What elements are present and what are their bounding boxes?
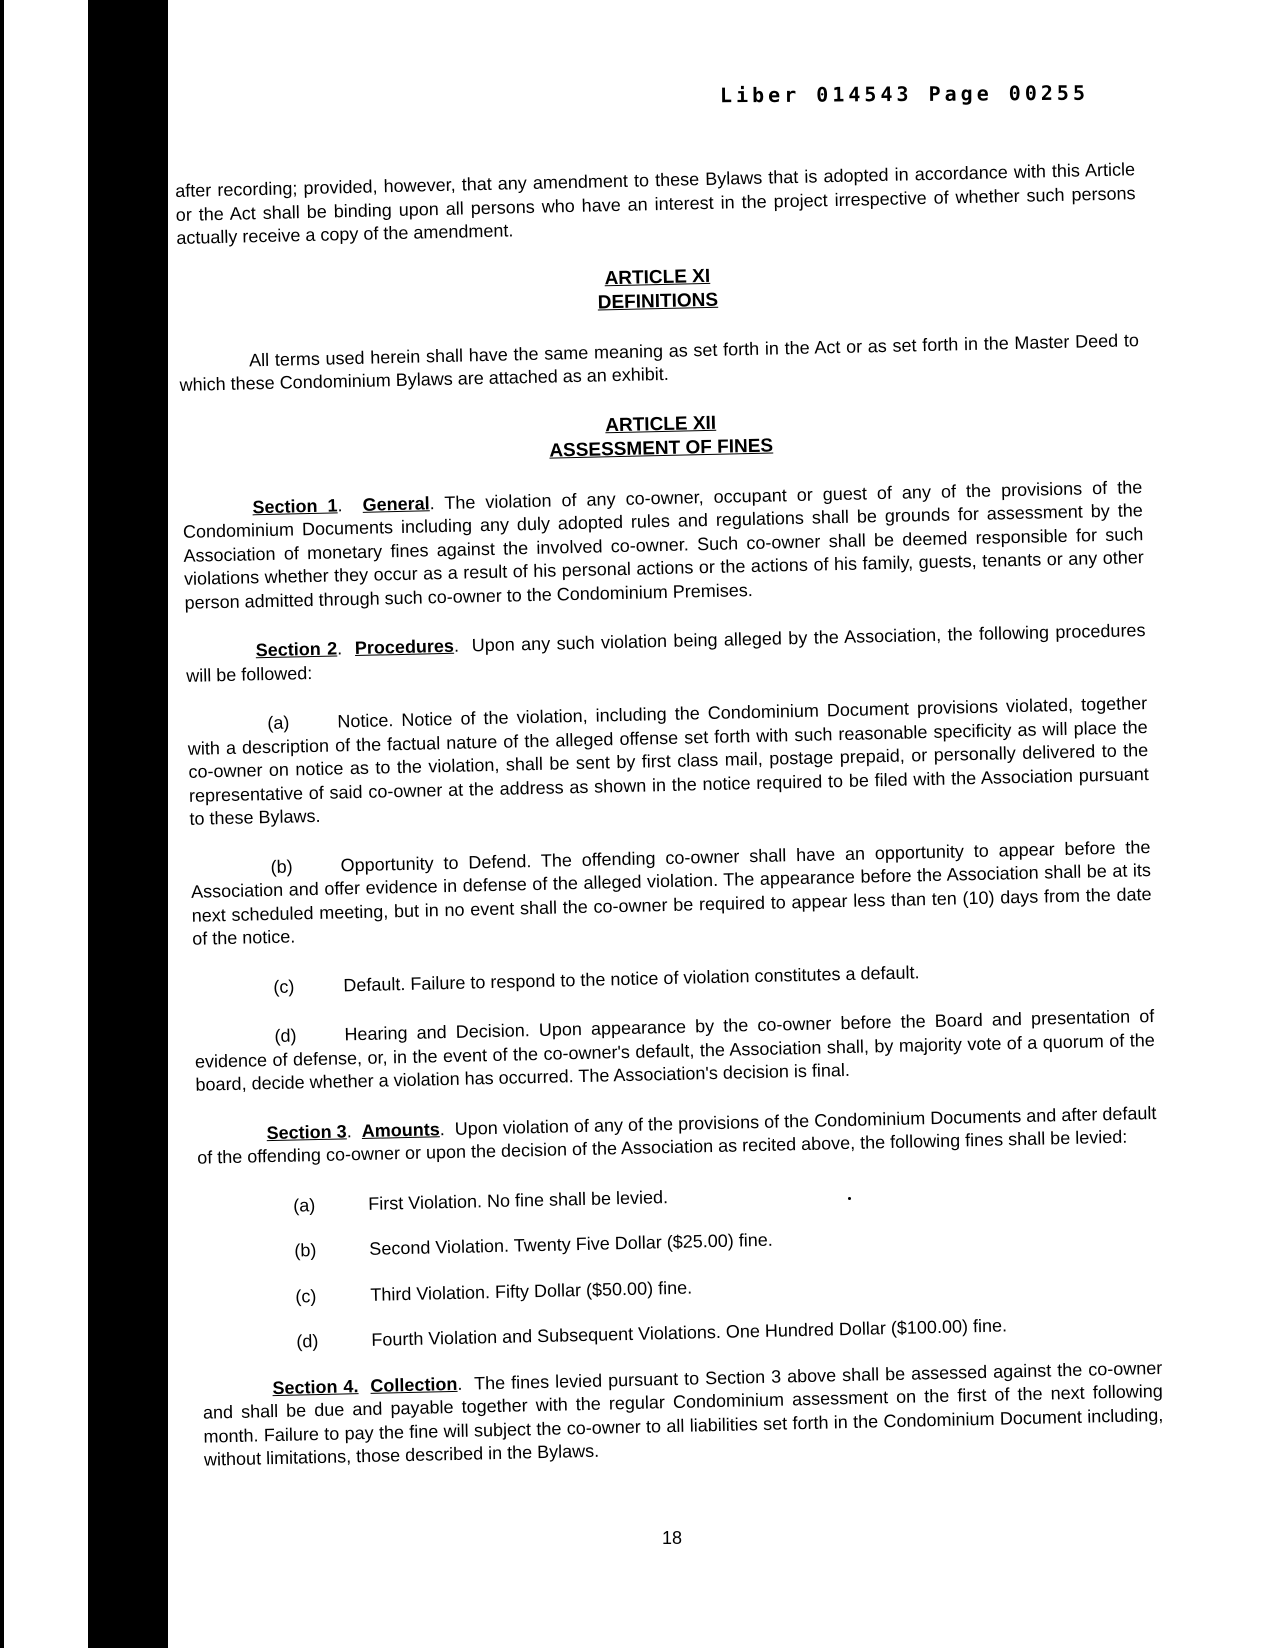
procedure-item-letter: (c) <box>273 974 344 999</box>
fine-item-text: Second Violation. Twenty Five Dollar ($2… <box>369 1229 773 1262</box>
section-3-heading: Amounts <box>362 1119 440 1141</box>
fine-item: (d)Fourth Violation and Subsequent Viola… <box>201 1311 1161 1356</box>
procedure-item-letter: (a) <box>267 710 338 735</box>
fine-item: (c)Third Violation. Fifty Dollar ($50.00… <box>200 1265 1160 1310</box>
section-1: Section 1. General. The violation of any… <box>182 476 1144 615</box>
section-1-label: Section 1 <box>252 495 338 517</box>
fine-item: (b)Second Violation. Twenty Five Dollar … <box>199 1220 1159 1265</box>
fine-item-letter: (a) <box>293 1192 369 1217</box>
fine-item-text: Fourth Violation and Subsequent Violatio… <box>371 1314 1007 1352</box>
document-page: Liber 014543 Page 00255 after recording;… <box>0 0 1275 1648</box>
section-4-heading: Collection <box>370 1373 457 1395</box>
page-number: 18 <box>662 1528 682 1549</box>
recording-stamp: Liber 014543 Page 00255 <box>720 81 1089 108</box>
section-4-text: The fines levied pursuant to Section 3 a… <box>203 1357 1164 1469</box>
scan-speck <box>848 1197 851 1200</box>
fine-item-letter: (b) <box>294 1238 370 1263</box>
section-2-label: Section 2 <box>255 638 337 660</box>
section-4-label: Section 4. <box>272 1376 358 1398</box>
fine-item-letter: (c) <box>295 1283 371 1308</box>
document-body: after recording; provided, however, that… <box>175 158 1164 1472</box>
procedure-item: (a)Notice. Notice of the violation, incl… <box>187 692 1149 831</box>
procedure-item-letter: (b) <box>270 854 341 879</box>
procedure-item-letter: (d) <box>274 1023 345 1048</box>
section-2-heading: Procedures <box>355 636 454 658</box>
fine-item-text: Third Violation. Fifty Dollar ($50.00) f… <box>370 1276 692 1307</box>
section-3-label: Section 3 <box>266 1121 346 1143</box>
section-1-heading: General <box>362 493 429 515</box>
fine-item-letter: (d) <box>296 1329 372 1354</box>
section-4: Section 4. Collection. The fines levied … <box>202 1356 1164 1472</box>
